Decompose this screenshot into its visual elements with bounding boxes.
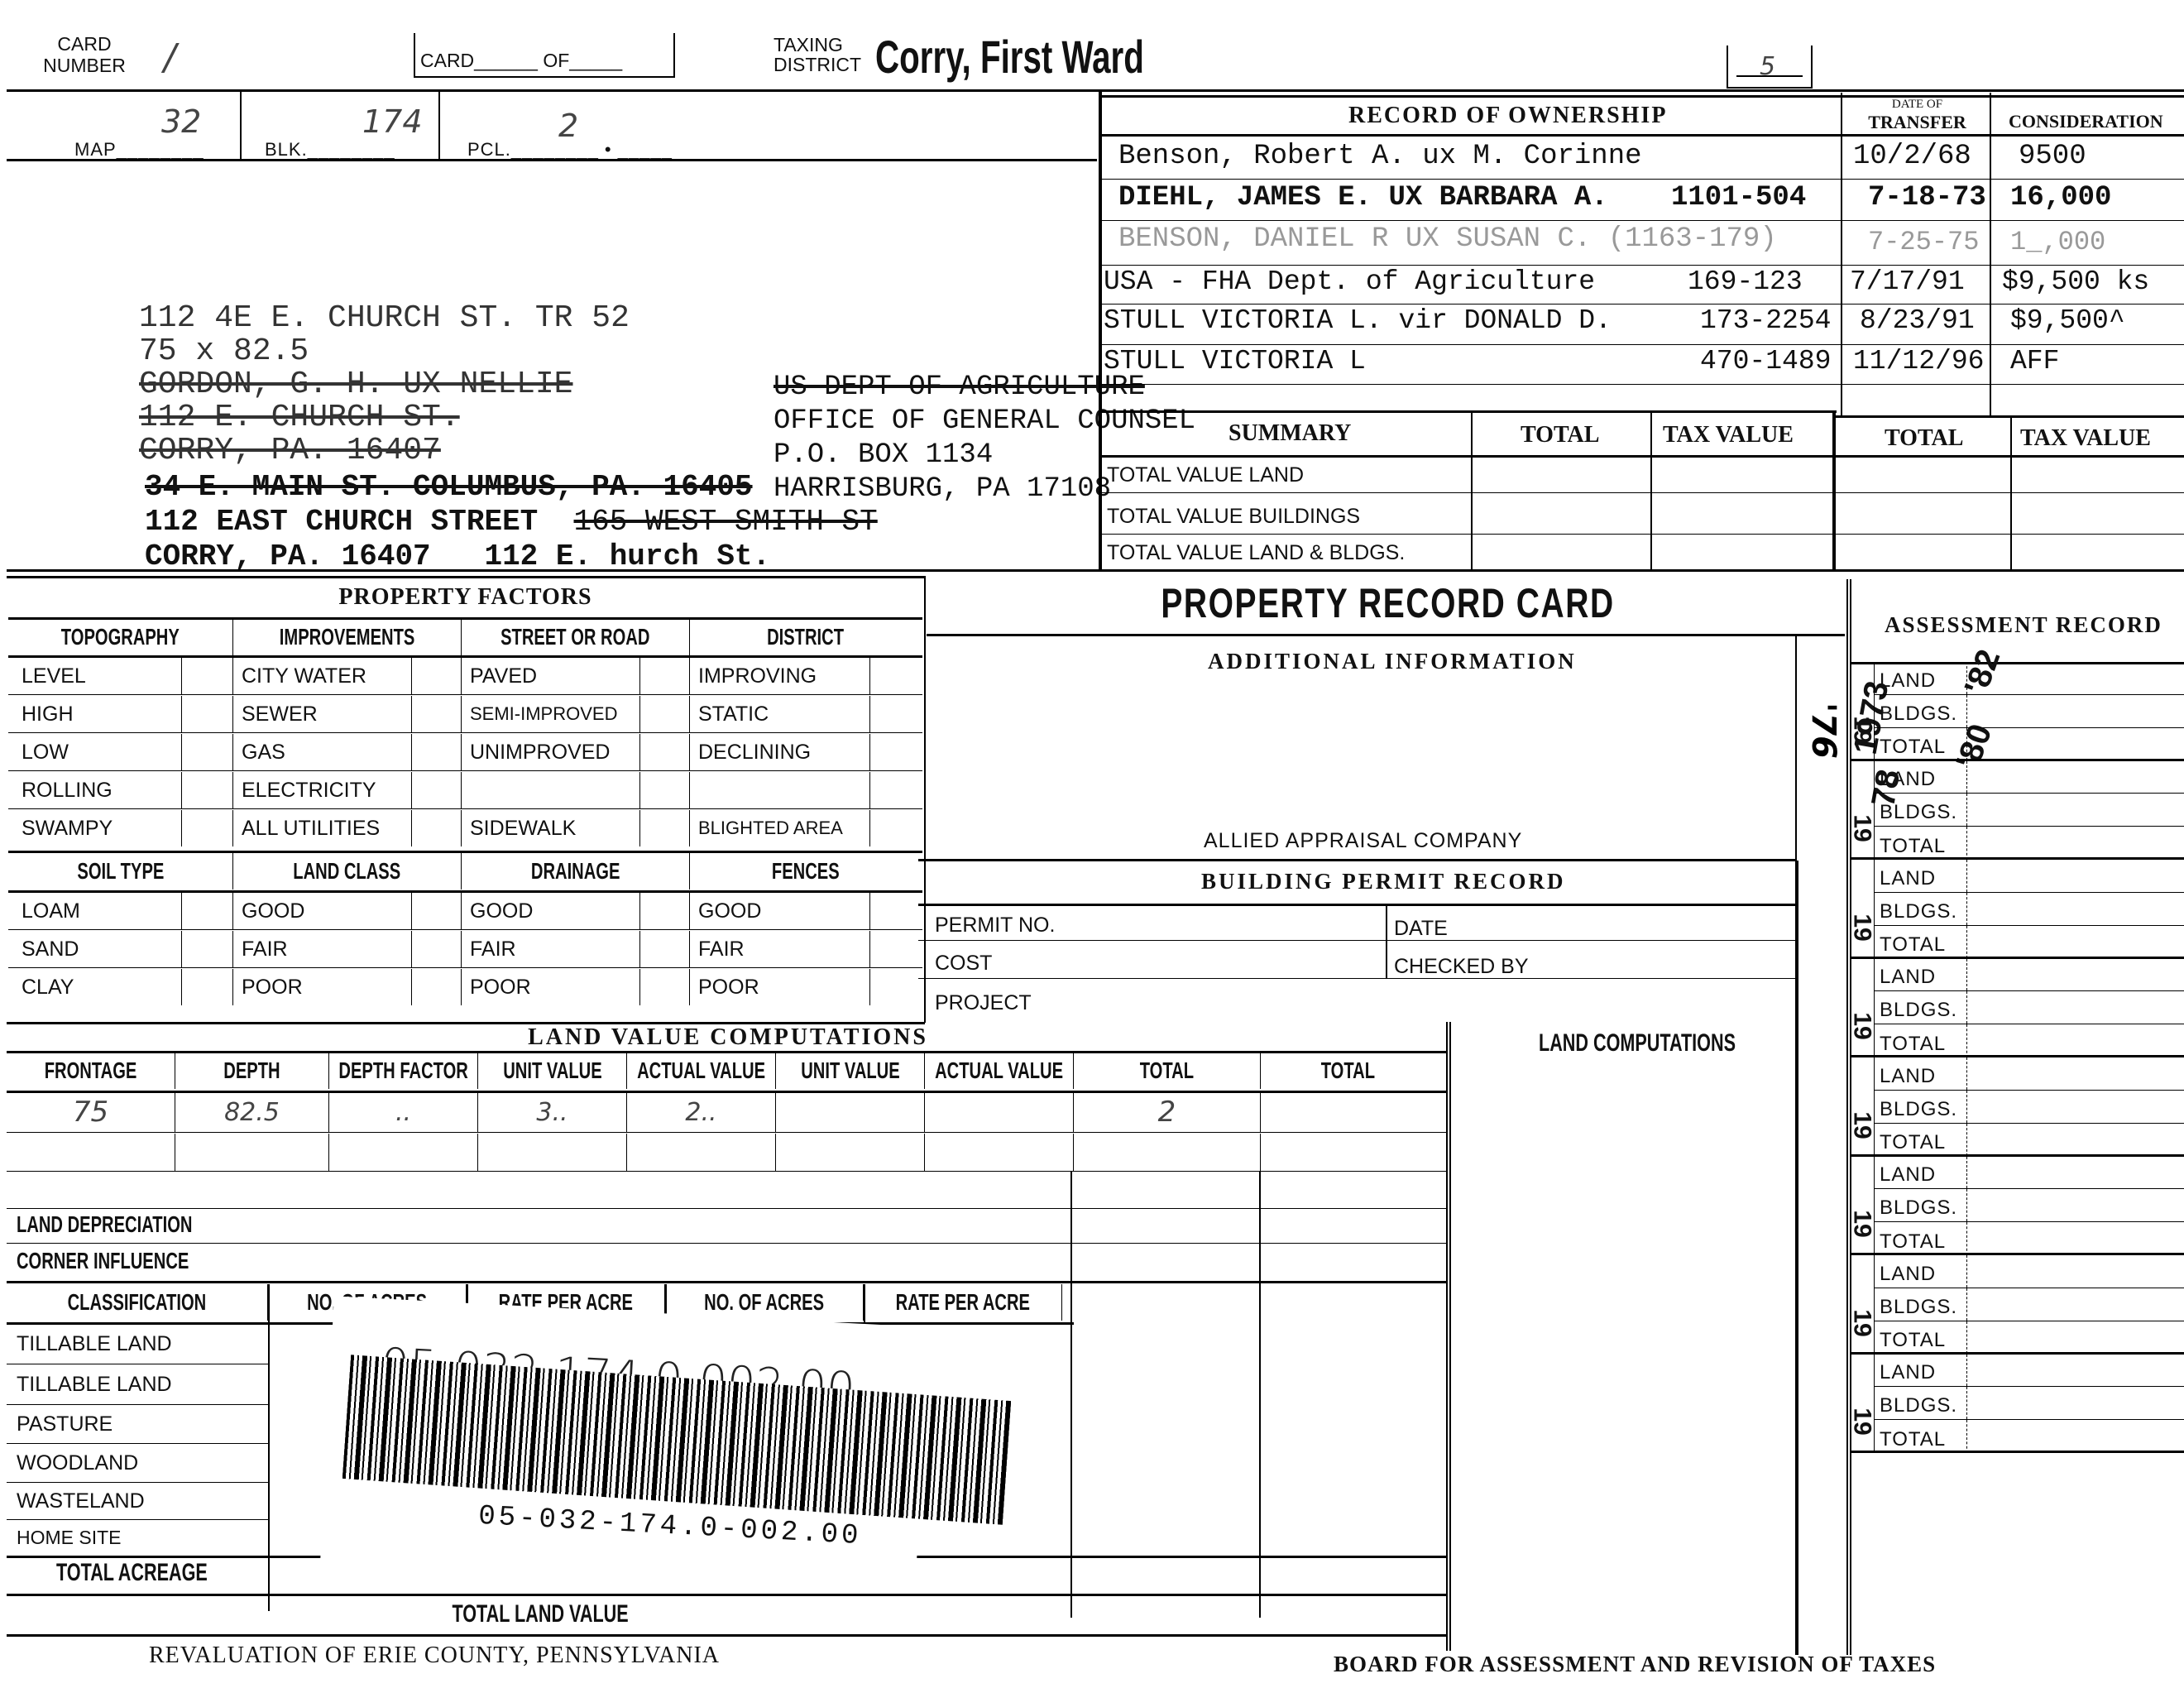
depth-value[interactable] — [175, 1134, 329, 1171]
checkbox[interactable] — [640, 969, 690, 1005]
classification-rows: TILLABLE LAND TILLABLE LAND PASTURE WOOD… — [7, 1324, 268, 1555]
assessment-row-total[interactable]: TOTAL — [1875, 926, 2184, 959]
corner-influence-label: CORNER INFLUENCE — [17, 1248, 189, 1274]
checkbox[interactable] — [640, 696, 690, 732]
ownership-row: BENSON, DANIEL R UX SUSAN C. (1163-179) — [1118, 223, 1777, 255]
footer-right: BOARD FOR ASSESSMENT AND REVISION OF TAX… — [1334, 1652, 1936, 1677]
assessment-row-total[interactable]: TOTAL — [1875, 827, 2184, 860]
assessment-row-land[interactable]: LAND — [1875, 1255, 2184, 1288]
land-value-row — [7, 1134, 1434, 1171]
option-low[interactable]: LOW — [8, 734, 182, 770]
option-fences-poor[interactable]: POOR — [690, 969, 870, 1005]
class-wasteland: WASTELAND — [7, 1483, 268, 1520]
assessment-label: BLDGS. — [1875, 794, 1967, 826]
assessment-row-land[interactable]: LAND — [1875, 761, 2184, 794]
checkbox[interactable] — [870, 696, 920, 732]
checkbox[interactable] — [640, 734, 690, 770]
assessment-year-block: 19LANDBLDGS.TOTAL — [1850, 1057, 2184, 1157]
appraisal-company: ALLIED APPRAISAL COMPANY — [1204, 829, 1522, 853]
checkbox[interactable] — [182, 696, 233, 732]
checkbox[interactable] — [412, 810, 462, 846]
address-block: 112 4E E. CHURCH ST. TR 52 75 x 82.5 GOR… — [139, 302, 630, 468]
class-home-site: HOME SITE — [7, 1520, 268, 1555]
option-declining[interactable]: DECLINING — [690, 734, 870, 770]
assessment-label: LAND — [1875, 761, 1967, 794]
ownership-title: RECORD OF OWNERSHIP — [1348, 103, 1667, 129]
assessment-label: LAND — [1875, 1255, 1967, 1288]
header-drainage: DRAINAGE — [531, 858, 620, 885]
class-woodland: WOODLAND — [7, 1444, 268, 1483]
checkbox[interactable] — [640, 810, 690, 846]
header-topography: TOPOGRAPHY — [61, 624, 180, 650]
assessment-row-land[interactable]: LAND — [1875, 1157, 2184, 1190]
ownership-row: DIEHL, JAMES E. UX BARBARA A. — [1118, 182, 1608, 213]
assessment-label: LAND — [1875, 1157, 1967, 1189]
assessment-row-bldgs[interactable]: BLDGS. — [1875, 695, 2184, 728]
land-value-header-row: FRONTAGE DEPTH DEPTH FACTOR UNIT VALUE A… — [7, 1053, 1434, 1089]
col-unit-value-2: UNIT VALUE — [801, 1057, 899, 1084]
assessment-row-land[interactable]: LAND — [1875, 860, 2184, 893]
permit-cost-label: COST — [935, 952, 992, 976]
col-depth-factor: DEPTH FACTOR — [338, 1057, 467, 1084]
assessment-year-block: 19LANDBLDGS.TOTAL — [1850, 1157, 2184, 1256]
land-depreciation-label: LAND DEPRECIATION — [17, 1211, 192, 1238]
option-all-utilities[interactable]: ALL UTILITIES — [233, 810, 412, 846]
checkbox[interactable] — [870, 969, 920, 1005]
class-pasture: PASTURE — [7, 1405, 268, 1444]
checkbox[interactable] — [870, 810, 920, 846]
checkbox[interactable] — [182, 810, 233, 846]
checkbox[interactable] — [182, 893, 233, 929]
checkbox[interactable] — [640, 931, 690, 967]
assessment-row-total[interactable]: TOTAL — [1875, 1420, 2184, 1453]
handwritten-year-76: '76 — [1804, 703, 1842, 759]
option-fences-good[interactable]: GOOD — [690, 893, 870, 929]
class-tillable-2: TILLABLE LAND — [7, 1364, 268, 1405]
additional-info-title: ADDITIONAL INFORMATION — [1208, 649, 1577, 674]
assessment-label: BLDGS. — [1875, 695, 1967, 727]
year-prefix[interactable]: 19 — [1850, 1255, 1875, 1352]
assessment-row-bldgs[interactable]: BLDGS. — [1875, 1189, 2184, 1222]
option-fences-fair[interactable]: FAIR — [690, 931, 870, 967]
summary-row-land: TOTAL VALUE LAND — [1107, 463, 1304, 487]
assessment-row-total[interactable]: TOTAL — [1875, 1124, 2184, 1157]
frontage-value[interactable] — [7, 1134, 175, 1171]
header-land-class: LAND CLASS — [294, 858, 401, 885]
option-land-poor[interactable]: POOR — [233, 969, 412, 1005]
address-line-2: 75 x 82.5 — [139, 335, 630, 368]
assessment-label: TOTAL — [1875, 1222, 1967, 1255]
assessment-label: BLDGS. — [1875, 1288, 1967, 1321]
permit-title: BUILDING PERMIT RECORD — [1201, 869, 1566, 894]
empty-cell — [640, 772, 690, 808]
checkbox[interactable] — [412, 696, 462, 732]
card-number-value: / — [164, 36, 176, 79]
total-value[interactable] — [1074, 1134, 1261, 1171]
assessment-row-total[interactable]: TOTAL — [1875, 728, 2184, 761]
date-of-transfer-header: DATE OF TRANSFER — [1849, 98, 1985, 133]
empty-cell — [690, 772, 870, 808]
permit-date-label: DATE — [1394, 917, 1448, 941]
assessment-row-land[interactable]: LAND — [1875, 1355, 2184, 1388]
assessment-year-block: 19LANDBLDGS.TOTAL — [1850, 1355, 2184, 1454]
checkbox[interactable] — [182, 772, 233, 808]
assessment-label: BLDGS. — [1875, 991, 1967, 1024]
assessment-label: TOTAL — [1875, 1321, 1967, 1355]
assessment-label: BLDGS. — [1875, 1189, 1967, 1221]
checkbox[interactable] — [182, 734, 233, 770]
taxing-district-label: TAXING DISTRICT — [773, 35, 861, 74]
land-value-title: LAND VALUE COMPUTATIONS — [8, 1024, 1448, 1051]
permit-no-label: PERMIT NO. — [935, 914, 1055, 938]
assessment-row-land[interactable]: LAND — [1875, 959, 2184, 992]
assessment-label: TOTAL — [1875, 926, 1967, 959]
prior-owner-struck: GORDON, G. H. UX NELLIE — [139, 368, 630, 401]
checkbox[interactable] — [870, 658, 920, 694]
total-value-2[interactable] — [1261, 1134, 1434, 1171]
checkbox[interactable] — [412, 772, 462, 808]
checkbox[interactable] — [640, 893, 690, 929]
ownership-row: STULL VICTORIA L. vir DONALD D. — [1104, 305, 1612, 336]
option-level[interactable]: LEVEL — [8, 658, 182, 694]
unit-value-2[interactable] — [776, 1092, 925, 1132]
depth-value[interactable]: 82.5 — [175, 1092, 329, 1132]
assessment-row-bldgs[interactable]: BLDGS. — [1875, 1091, 2184, 1124]
assessment-year-block: 19LANDBLDGS.TOTAL — [1850, 761, 2184, 861]
year-prefix[interactable]: 19 — [1850, 662, 1875, 759]
checkbox[interactable] — [182, 931, 233, 967]
option-gas[interactable]: GAS — [233, 734, 412, 770]
header-soil-type: SOIL TYPE — [77, 858, 164, 885]
property-factors-title: PROPERTY FACTORS — [8, 584, 922, 611]
depth-factor-value[interactable] — [329, 1134, 478, 1171]
assessment-row-bldgs[interactable]: BLDGS. — [1875, 794, 2184, 827]
ownership-row: USA - FHA Dept. of Agriculture — [1104, 266, 1595, 297]
prior-address-struck: 112 E. CHURCH ST. — [139, 401, 630, 434]
land-computations-title: LAND COMPUTATIONS — [1539, 1029, 1736, 1057]
option-paved[interactable]: PAVED — [462, 658, 640, 694]
unit-value[interactable] — [478, 1134, 627, 1171]
assessment-label: TOTAL — [1875, 1024, 1967, 1057]
record-card-title: PROPERTY RECORD CARD — [1161, 579, 1614, 627]
year-prefix[interactable]: 19 — [1850, 761, 1875, 858]
col-actual-value: ACTUAL VALUE — [637, 1057, 765, 1084]
actual-value[interactable]: 2.. — [627, 1092, 776, 1132]
assessment-row-bldgs[interactable]: BLDGS. — [1875, 991, 2184, 1024]
assessment-label: TOTAL — [1875, 827, 1967, 860]
current-street-2: 112 E. hurch St. — [484, 539, 770, 573]
consideration-header: CONSIDERATION — [2009, 111, 2163, 132]
assessment-label: BLDGS. — [1875, 1387, 1967, 1419]
header-fences: FENCES — [772, 858, 840, 885]
checkbox[interactable] — [182, 969, 233, 1005]
assessment-label: LAND — [1875, 959, 1967, 991]
col-unit-value: UNIT VALUE — [503, 1057, 601, 1084]
col-total-2: TOTAL — [1320, 1057, 1374, 1084]
checkbox[interactable] — [412, 969, 462, 1005]
assessment-label: TOTAL — [1875, 1124, 1967, 1157]
option-swampy[interactable]: SWAMPY — [8, 810, 182, 846]
actual-value[interactable] — [627, 1134, 776, 1171]
option-loam[interactable]: LOAM — [8, 893, 182, 929]
header-improvements: IMPROVEMENTS — [280, 624, 415, 650]
col-no-acres-2: NO. OF ACRES — [704, 1289, 824, 1316]
assessment-label: LAND — [1875, 860, 1967, 892]
summary-row-buildings: TOTAL VALUE BUILDINGS — [1107, 505, 1360, 529]
assessment-label: TOTAL — [1875, 728, 1967, 761]
card-box-number: 5 — [1727, 46, 1813, 89]
checkbox[interactable] — [412, 893, 462, 929]
col-frontage: FRONTAGE — [45, 1057, 137, 1084]
assessment-row-bldgs[interactable]: BLDGS. — [1875, 1288, 2184, 1321]
option-high[interactable]: HIGH — [8, 696, 182, 732]
pcl-value: 2 — [558, 108, 578, 144]
option-drainage-fair[interactable]: FAIR — [462, 931, 640, 967]
checkbox[interactable] — [640, 658, 690, 694]
assessment-row-land[interactable]: LAND — [1875, 1057, 2184, 1091]
assessment-row-total[interactable]: TOTAL — [1875, 1321, 2184, 1355]
checkbox[interactable] — [870, 893, 920, 929]
option-land-good[interactable]: GOOD — [233, 893, 412, 929]
assessment-label: TOTAL — [1875, 1420, 1967, 1453]
empty-cell — [870, 772, 920, 808]
option-static[interactable]: STATIC — [690, 696, 870, 732]
assessment-year-block: 19LANDBLDGS.TOTAL — [1850, 1255, 2184, 1355]
year-prefix[interactable]: 19 — [1850, 959, 1875, 1056]
address-line-1: 112 4E E. CHURCH ST. TR 52 — [139, 302, 630, 335]
col-actual-value-2: ACTUAL VALUE — [935, 1057, 1063, 1084]
summary-col-tax-value: TAX VALUE — [1663, 422, 1794, 448]
option-rolling[interactable]: ROLLING — [8, 772, 182, 808]
checkbox[interactable] — [412, 931, 462, 967]
prior-city-struck: CORRY, PA. 16407 — [139, 434, 630, 468]
col-classification: CLASSIFICATION — [68, 1289, 207, 1316]
map-value: 32 — [161, 103, 201, 140]
summary-row-land-bldgs: TOTAL VALUE LAND & BLDGS. — [1107, 541, 1405, 565]
option-sand[interactable]: SAND — [8, 931, 182, 967]
card-of-box: CARD______ OF_____ — [414, 33, 675, 78]
checkbox[interactable] — [412, 658, 462, 694]
class-tillable-1: TILLABLE LAND — [7, 1324, 268, 1364]
summary-col-total: TOTAL — [1521, 422, 1599, 448]
permit-checked-by-label: CHECKED BY — [1394, 955, 1529, 979]
year-prefix[interactable]: 19 — [1850, 1057, 1875, 1154]
summary-col-tax-value-2: TAX VALUE — [2020, 425, 2151, 452]
header-street: STREET OR ROAD — [500, 624, 649, 650]
ownership-row: Benson, Robert A. ux M. Corinne — [1118, 141, 1642, 172]
option-sewer[interactable]: SEWER — [233, 696, 412, 732]
summary-col-total-2: TOTAL — [1885, 425, 1963, 452]
option-clay[interactable]: CLAY — [8, 969, 182, 1005]
total-acreage-label: TOTAL ACREAGE — [56, 1559, 208, 1587]
assessment-row-bldgs[interactable]: BLDGS. — [1875, 893, 2184, 926]
empty-cell — [462, 772, 640, 808]
option-improving[interactable]: IMPROVING — [690, 658, 870, 694]
current-street: 112 EAST CHURCH STREET — [145, 505, 538, 539]
assessment-label: LAND — [1875, 1355, 1967, 1387]
blk-value: 174 — [362, 103, 423, 140]
card-number-label: CARD NUMBER — [43, 33, 126, 76]
assessment-year-block: 19LANDBLDGS.TOTAL — [1850, 959, 2184, 1058]
unit-value[interactable]: 3.. — [478, 1092, 627, 1132]
assessment-label: LAND — [1875, 1057, 1967, 1090]
assessment-title: ASSESSMENT RECORD — [1885, 612, 2162, 638]
actual-value-2[interactable] — [925, 1134, 1074, 1171]
total-land-value-label: TOTAL LAND VALUE — [452, 1600, 628, 1628]
year-prefix[interactable]: 19 — [1850, 860, 1875, 957]
card-of-label: CARD______ OF_____ — [420, 50, 622, 72]
option-semi-improved[interactable]: SEMI-IMPROVED — [462, 696, 640, 732]
assessment-row-land[interactable]: LAND — [1875, 662, 2184, 695]
option-unimproved[interactable]: UNIMPROVED — [462, 734, 640, 770]
assessment-row-total[interactable]: TOTAL — [1875, 1024, 2184, 1057]
assessment-row-bldgs[interactable]: BLDGS. — [1875, 1387, 2184, 1420]
columbus-address-struck: 34 E. MAIN ST. COLUMBUS, PA. 16405 — [145, 470, 878, 505]
option-sidewalk[interactable]: SIDEWALK — [462, 810, 640, 846]
frontage-value[interactable]: 75 — [7, 1092, 175, 1132]
permit-project-label: PROJECT — [935, 991, 1032, 1015]
option-land-fair[interactable]: FAIR — [233, 931, 412, 967]
col-total: TOTAL — [1140, 1057, 1194, 1084]
current-address-block: 34 E. MAIN ST. COLUMBUS, PA. 16405 112 E… — [145, 470, 878, 574]
option-drainage-poor[interactable]: POOR — [462, 969, 640, 1005]
assessment-year-block: 19LANDBLDGS.TOTAL — [1850, 860, 2184, 959]
map-label: MAP________ — [74, 139, 204, 161]
unit-value-2[interactable] — [776, 1134, 925, 1171]
checkbox[interactable] — [870, 931, 920, 967]
assessment-label: LAND — [1875, 662, 1967, 694]
header-district: DISTRICT — [768, 624, 845, 650]
land-value-row: 75 82.5 .. 3.. 2.. 2 — [7, 1092, 1434, 1132]
summary-title: SUMMARY — [1228, 420, 1351, 447]
current-city: CORRY, PA. 16407 — [145, 539, 431, 573]
assessment-label: BLDGS. — [1875, 893, 1967, 925]
option-electricity[interactable]: ELECTRICITY — [233, 772, 412, 808]
checkbox[interactable] — [870, 734, 920, 770]
total-value-2[interactable] — [1261, 1092, 1434, 1132]
year-prefix[interactable]: 19 — [1850, 1157, 1875, 1254]
actual-value-2[interactable] — [925, 1092, 1074, 1132]
assessment-row-total[interactable]: TOTAL — [1875, 1222, 2184, 1255]
year-prefix[interactable]: 19 — [1850, 1355, 1875, 1451]
option-city-water[interactable]: CITY WATER — [233, 658, 412, 694]
taxing-district-value: Corry, First Ward — [875, 30, 1144, 84]
blk-label: BLK.________ — [265, 139, 395, 161]
smith-st-struck: 165 WEST SMITH ST — [574, 505, 878, 539]
total-value[interactable]: 2 — [1074, 1092, 1261, 1132]
ownership-row: STULL VICTORIA L — [1104, 346, 1366, 376]
footer-left: REVALUATION OF ERIE COUNTY, PENNSYLVANIA — [149, 1642, 720, 1669]
col-depth: DEPTH — [223, 1057, 280, 1084]
depth-factor-value[interactable]: .. — [329, 1092, 478, 1132]
option-blighted-area[interactable]: BLIGHTED AREA — [690, 810, 870, 846]
assessment-year-block: 19LANDBLDGS.TOTAL — [1850, 662, 2184, 761]
checkbox[interactable] — [182, 658, 233, 694]
col-rate-per-acre-2: RATE PER ACRE — [895, 1289, 1029, 1316]
option-drainage-good[interactable]: GOOD — [462, 893, 640, 929]
checkbox[interactable] — [412, 734, 462, 770]
assessment-label: BLDGS. — [1875, 1091, 1967, 1123]
